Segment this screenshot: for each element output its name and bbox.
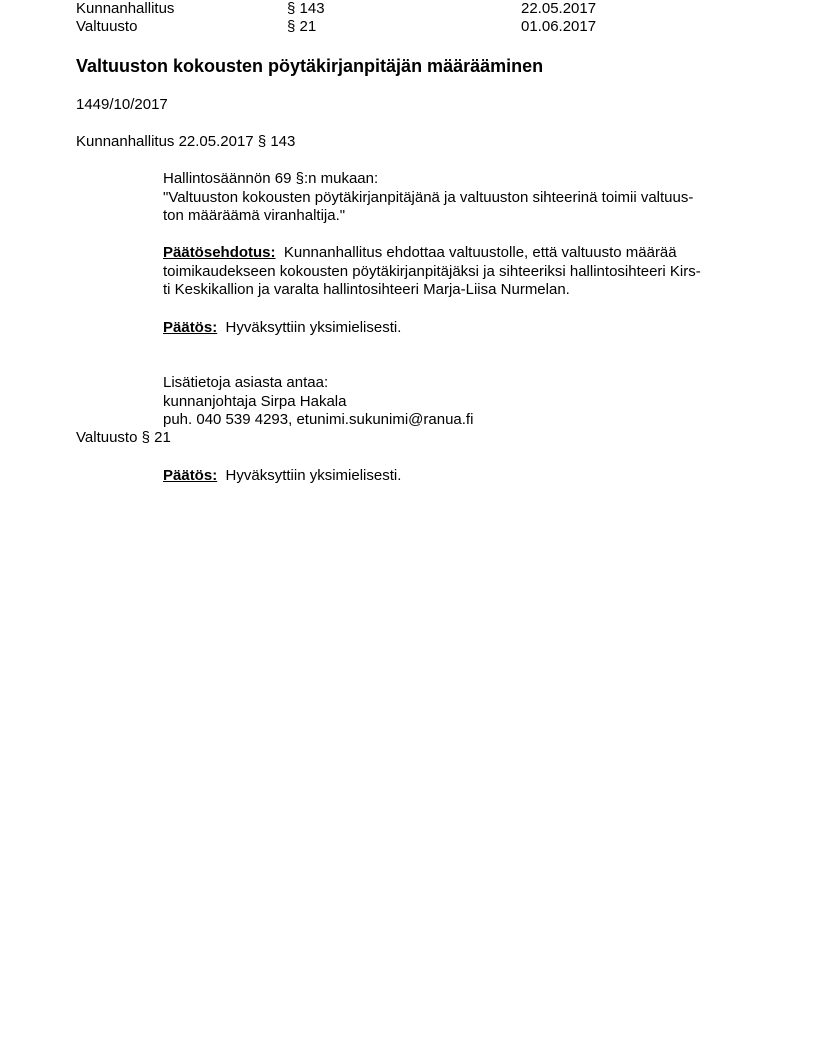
intro-line: Hallintosäännön 69 §:n mukaan: xyxy=(163,170,763,189)
background-paragraph: Hallintosäännön 69 §:n mukaan: "Valtuust… xyxy=(163,170,763,226)
header-date-2: 01.06.2017 xyxy=(521,18,596,36)
proposal-line-1: Kunnanhallitus ehdottaa valtuustolle, et… xyxy=(284,244,677,261)
quote-line-2: ton määräämä viranhaltija." xyxy=(163,207,763,226)
meeting2-heading: Valtuusto § 21 xyxy=(76,429,171,447)
contact-info: Lisätietoja asiasta antaa: kunnanjohtaja… xyxy=(163,374,763,430)
header-organ-2: Valtuusto xyxy=(76,18,137,36)
info-person: kunnanjohtaja Sirpa Hakala xyxy=(163,393,763,412)
header-section-2: § 21 xyxy=(287,18,316,36)
header-section-1: § 143 xyxy=(287,0,325,18)
quote-line-1: "Valtuuston kokousten pöytäkirjanpitäjän… xyxy=(163,189,763,208)
header-date-1: 22.05.2017 xyxy=(521,0,596,18)
proposal-line-2: toimikaudekseen kokousten pöytäkirjanpit… xyxy=(163,263,763,282)
info-contact: puh. 040 539 4293, etunimi.sukunimi@ranu… xyxy=(163,411,763,430)
meeting1-heading: Kunnanhallitus 22.05.2017 § 143 xyxy=(76,133,295,151)
decision-1-label: Päätös: xyxy=(163,319,217,336)
decision-2-label: Päätös: xyxy=(163,467,217,484)
decision-2-text: Hyväksyttiin yksimielisesti. xyxy=(226,467,402,484)
document-title: Valtuuston kokousten pöytäkirjanpitäjän … xyxy=(76,55,543,77)
case-number: 1449/10/2017 xyxy=(76,96,168,114)
decision-1: Päätös: Hyväksyttiin yksimielisesti. xyxy=(163,319,763,338)
proposal-line-3: ti Keskikallion ja varalta hallintosihte… xyxy=(163,281,763,300)
header-organ-1: Kunnanhallitus xyxy=(76,0,174,18)
info-heading: Lisätietoja asiasta antaa: xyxy=(163,374,763,393)
decision-1-text: Hyväksyttiin yksimielisesti. xyxy=(226,319,402,336)
decision-2: Päätös: Hyväksyttiin yksimielisesti. xyxy=(163,467,763,486)
proposal-label: Päätösehdotus: xyxy=(163,244,276,261)
proposal-paragraph: Päätösehdotus: Kunnanhallitus ehdottaa v… xyxy=(163,244,763,300)
